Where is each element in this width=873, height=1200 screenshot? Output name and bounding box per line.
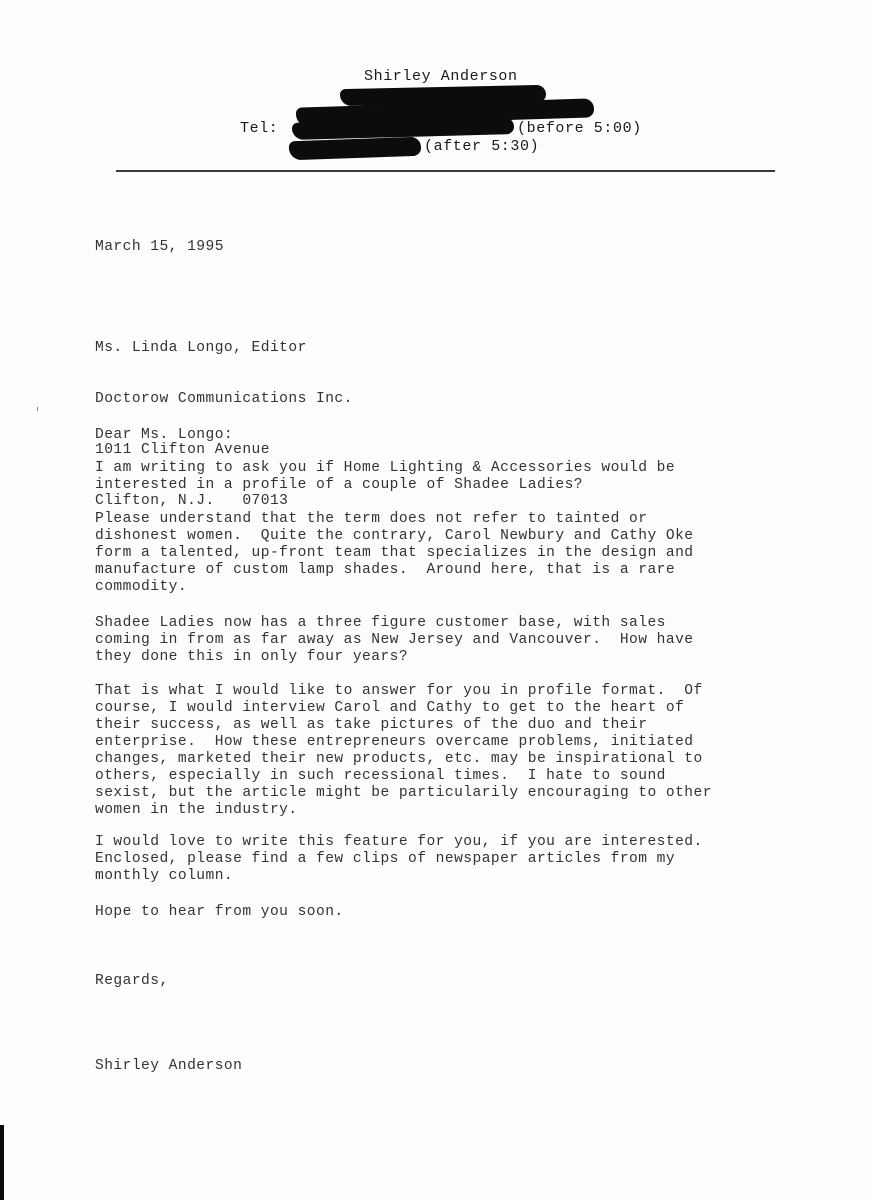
body-paragraph: Please understand that the term does not… (95, 511, 694, 596)
paragraph-line: I would love to write this feature for y… (95, 834, 703, 851)
paragraph-line: commodity. (95, 579, 694, 596)
paragraph-line: That is what I would like to answer for … (95, 683, 712, 700)
paragraph-line: Enclosed, please find a few clips of new… (95, 851, 703, 868)
paragraph-line: dishonest women. Quite the contrary, Car… (95, 528, 694, 545)
closing: Regards, (95, 973, 169, 990)
paragraph-line: monthly column. (95, 868, 703, 885)
recipient-address: Ms. Linda Longo, Editor Doctorow Communi… (95, 306, 353, 544)
signature: Shirley Anderson (95, 1058, 242, 1075)
scan-speck (37, 407, 38, 411)
letter-date: March 15, 1995 (95, 239, 224, 256)
paragraph-line: course, I would interview Carol and Cath… (95, 700, 712, 717)
paragraph-line: their success, as well as take pictures … (95, 717, 712, 734)
recipient-line: Clifton, N.J. 07013 (95, 493, 353, 510)
paragraph-line: they done this in only four years? (95, 649, 694, 666)
body-paragraph: I would love to write this feature for y… (95, 834, 703, 885)
paragraph-line: Shadee Ladies now has a three figure cus… (95, 615, 694, 632)
salutation: Dear Ms. Longo: (95, 427, 233, 444)
paragraph-line: coming in from as far away as New Jersey… (95, 632, 694, 649)
tel-after-note: (after 5:30) (424, 138, 539, 156)
paragraph-line: manufacture of custom lamp shades. Aroun… (95, 562, 694, 579)
recipient-line: 1011 Clifton Avenue (95, 442, 353, 459)
letterhead-divider (116, 170, 775, 172)
redacted-phone-evening (289, 137, 422, 161)
paragraph-line: sexist, but the article might be particu… (95, 785, 712, 802)
body-paragraph: That is what I would like to answer for … (95, 683, 712, 819)
body-paragraph: I am writing to ask you if Home Lighting… (95, 460, 675, 494)
paragraph-line: I am writing to ask you if Home Lighting… (95, 460, 675, 477)
letter-page: Shirley Anderson Tel: (before 5:00) (aft… (0, 0, 873, 1200)
recipient-line: Doctorow Communications Inc. (95, 391, 353, 408)
paragraph-line: women in the industry. (95, 802, 712, 819)
body-paragraph: Shadee Ladies now has a three figure cus… (95, 615, 694, 666)
sender-name: Shirley Anderson (364, 68, 518, 86)
paragraph-line: others, especially in such recessional t… (95, 768, 712, 785)
recipient-line: Ms. Linda Longo, Editor (95, 340, 353, 357)
paragraph-line: form a talented, up-front team that spec… (95, 545, 694, 562)
paragraph-line: interested in a profile of a couple of S… (95, 477, 675, 494)
tel-before-note: (before 5:00) (517, 120, 642, 138)
tel-label: Tel: (240, 120, 278, 138)
body-paragraph: Hope to hear from you soon. (95, 904, 344, 921)
paragraph-line: enterprise. How these entrepreneurs over… (95, 734, 712, 751)
paragraph-line: Hope to hear from you soon. (95, 904, 344, 921)
scan-edge-shadow (0, 1125, 4, 1200)
paragraph-line: changes, marketed their new products, et… (95, 751, 712, 768)
paragraph-line: Please understand that the term does not… (95, 511, 694, 528)
